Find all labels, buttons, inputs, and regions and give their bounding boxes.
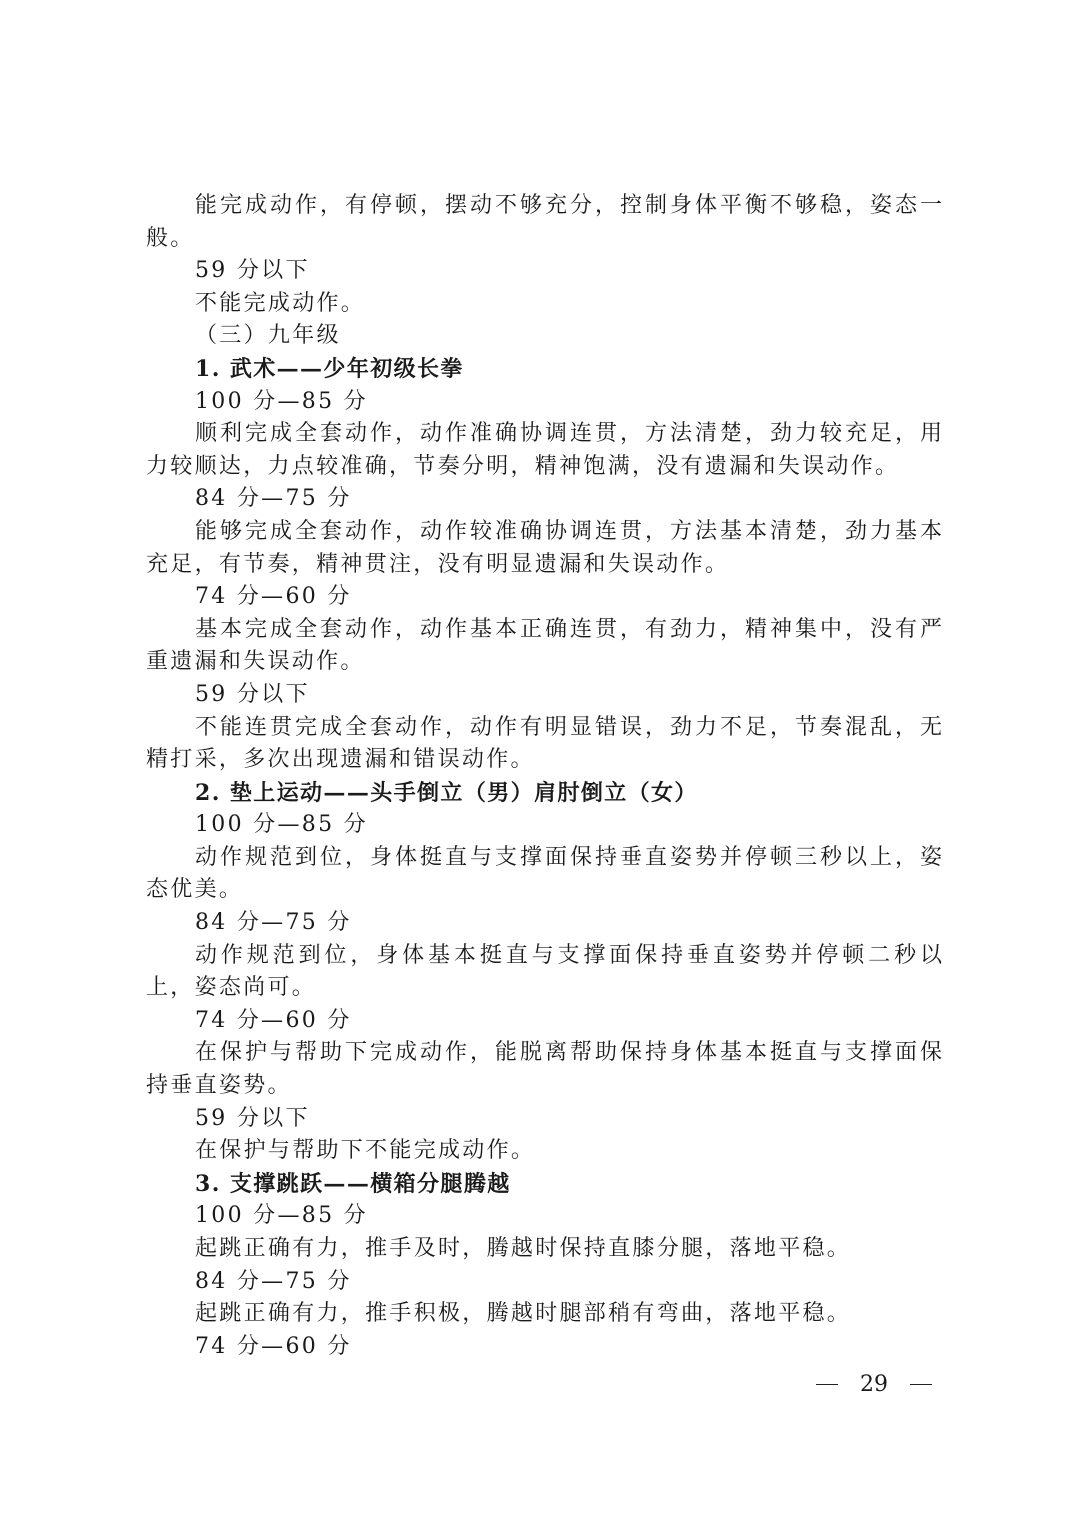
text-line: 力较顺达，力点较准确，节奏分明，精神饱满，没有遗漏和失误动作。 bbox=[146, 451, 946, 484]
text-line: 84 分—75 分 bbox=[146, 483, 946, 516]
section-heading: 3. 支撑跳跃——横箱分腿腾越 bbox=[146, 1168, 946, 1201]
footer-dash-left bbox=[816, 1384, 838, 1385]
page-number: 29 bbox=[860, 1372, 888, 1397]
text-line: 100 分—85 分 bbox=[146, 1200, 946, 1233]
text-line: 100 分—85 分 bbox=[146, 809, 946, 842]
text-line: 不能完成动作。 bbox=[146, 288, 946, 321]
text-line: 能完成动作，有停顿，摆动不够充分，控制身体平衡不够稳，姿态一 bbox=[195, 190, 942, 223]
text-line: 在保护与帮助下不能完成动作。 bbox=[146, 1135, 946, 1168]
text-line: 起跳正确有力，推手积极，腾越时腿部稍有弯曲，落地平稳。 bbox=[146, 1298, 946, 1331]
text-line: 起跳正确有力，推手及时，腾越时保持直膝分腿，落地平稳。 bbox=[146, 1233, 946, 1266]
text-line: 74 分—60 分 bbox=[146, 1331, 946, 1364]
text-line: 能够完成全套动作，动作较准确协调连贯，方法基本清楚，劲力基本 bbox=[195, 516, 942, 549]
text-line: 动作规范到位，身体基本挺直与支撑面保持垂直姿势并停顿二秒以 bbox=[195, 940, 942, 973]
text-line: 基本完成全套动作，动作基本正确连贯，有劲力，精神集中，没有严 bbox=[195, 614, 942, 647]
text-line: 59 分以下 bbox=[146, 255, 946, 288]
text-line: 74 分—60 分 bbox=[146, 581, 946, 614]
footer-dash-right bbox=[910, 1384, 932, 1385]
text-line: 84 分—75 分 bbox=[146, 1266, 946, 1299]
text-line: 59 分以下 bbox=[146, 1103, 946, 1136]
section-heading: 2. 垫上运动——头手倒立（男）肩肘倒立（女） bbox=[146, 777, 946, 810]
text-line: 100 分—85 分 bbox=[146, 386, 946, 419]
document-body: 能完成动作，有停顿，摆动不够充分，控制身体平衡不够稳，姿态一般。59 分以下不能… bbox=[146, 190, 946, 1363]
section-heading: 1. 武术——少年初级长拳 bbox=[146, 353, 946, 386]
text-line: 不能连贯完成全套动作，动作有明显错误，劲力不足，节奏混乱，无 bbox=[195, 712, 942, 745]
page-footer: 29 bbox=[816, 1372, 932, 1397]
text-line: 持垂直姿势。 bbox=[146, 1070, 946, 1103]
text-line: 84 分—75 分 bbox=[146, 907, 946, 940]
text-line: （三）九年级 bbox=[146, 320, 946, 353]
text-line: 上，姿态尚可。 bbox=[146, 972, 946, 1005]
text-line: 精打采，多次出现遗漏和错误动作。 bbox=[146, 744, 946, 777]
text-line: 态优美。 bbox=[146, 874, 946, 907]
text-line: 重遗漏和失误动作。 bbox=[146, 646, 946, 679]
text-line: 在保护与帮助下完成动作，能脱离帮助保持身体基本挺直与支撑面保 bbox=[195, 1037, 942, 1070]
text-line: 74 分—60 分 bbox=[146, 1005, 946, 1038]
text-line: 顺利完成全套动作，动作准确协调连贯，方法清楚，劲力较充足，用 bbox=[195, 418, 942, 451]
text-line: 59 分以下 bbox=[146, 679, 946, 712]
text-line: 充足，有节奏，精神贯注，没有明显遗漏和失误动作。 bbox=[146, 549, 946, 582]
text-line: 般。 bbox=[146, 223, 946, 256]
text-line: 动作规范到位，身体挺直与支撑面保持垂直姿势并停顿三秒以上，姿 bbox=[195, 842, 942, 875]
